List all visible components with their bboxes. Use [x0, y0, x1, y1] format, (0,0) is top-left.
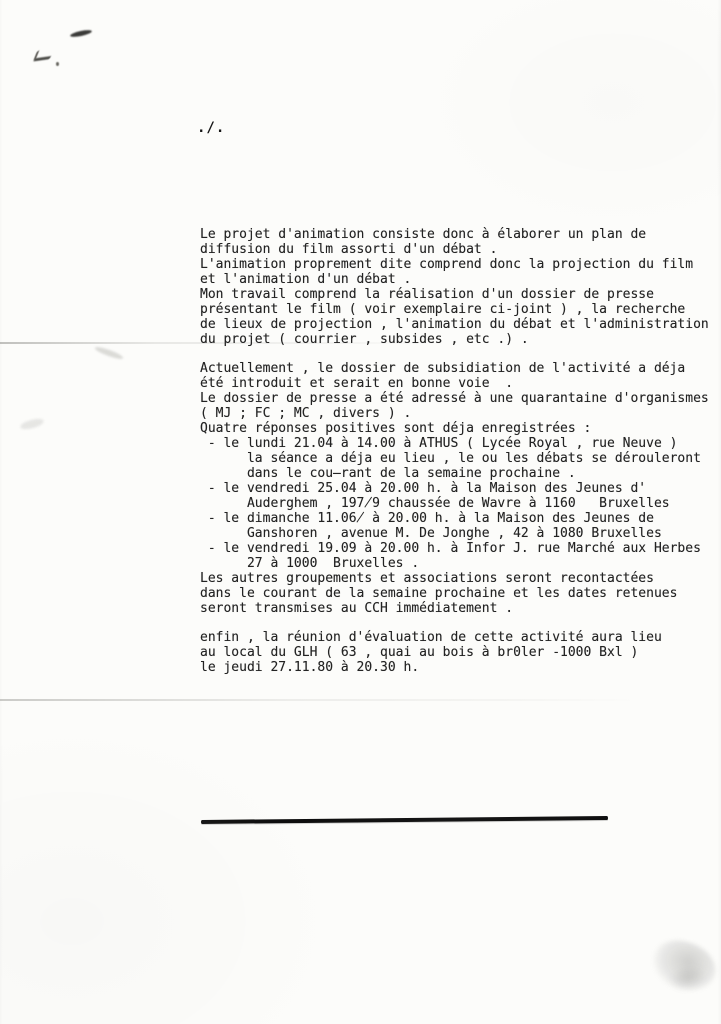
- text-line: au local du GLH ( 63 , quai au bois à br…: [200, 645, 715, 660]
- continuation-mark: ./.: [197, 120, 225, 136]
- text-line: diffusion du film assorti d'un débat .: [200, 242, 715, 257]
- text-line: le jeudi 27.11.80 à 20.30 h.: [200, 660, 715, 675]
- text-line: seront transmises au CCH immédiatement .: [200, 601, 715, 616]
- letter-body: Le projet d'animation consiste donc à él…: [200, 227, 715, 689]
- text-line: Les autres groupements et associations s…: [200, 571, 715, 586]
- list-item-line: 27 à 1000 Bruxelles .: [200, 556, 715, 571]
- list-item-line: - le lundi 21.04 à 14.00 à ATHUS ( Lycée…: [200, 436, 715, 451]
- list-item-line: Ganshoren , avenue M. De Jonghe , 42 à 1…: [200, 526, 715, 541]
- text-line: Mon travail comprend la réalisation d'un…: [200, 287, 715, 302]
- text-line: Actuellement , le dossier de subsidiatio…: [200, 361, 715, 376]
- list-item-line: - le vendredi 19.09 à 20.00 h. à Infor J…: [200, 541, 715, 556]
- text-line: du projet ( courrier , subsides , etc .)…: [200, 332, 715, 347]
- list-item-line: Auderghem , 197̸9 chaussée de Wavre à 11…: [200, 496, 715, 511]
- text-line: dans le courant de la semaine prochaine …: [200, 586, 715, 601]
- text-line: de lieux de projection , l'animation du …: [200, 317, 715, 332]
- text-line: ( MJ ; FC ; MC , divers ) .: [200, 406, 715, 421]
- text-line: et l'animation d'un débat .: [200, 272, 715, 287]
- list-item-line: - le dimanche 11.06̸ à 20.00 h. à la Mai…: [200, 511, 715, 526]
- text-line: L'animation proprement dite comprend don…: [200, 257, 715, 272]
- list-item-line: dans le cou̶rant de la semaine prochaine…: [200, 466, 715, 481]
- list-item-line: - le vendredi 25.04 à 20.00 h. à la Mais…: [200, 481, 715, 496]
- text-line: Le dossier de presse a été adressé à une…: [200, 391, 715, 406]
- paragraph: Le projet d'animation consiste donc à él…: [200, 227, 715, 347]
- paragraph: enfin , la réunion d'évaluation de cette…: [200, 630, 715, 675]
- text-line: enfin , la réunion d'évaluation de cette…: [200, 630, 715, 645]
- text-line: Le projet d'animation consiste donc à él…: [200, 227, 715, 242]
- paragraph: Actuellement , le dossier de subsidiatio…: [200, 361, 715, 616]
- text-line: présentant le film ( voir exemplaire ci-…: [200, 302, 715, 317]
- list-item-line: la séance a déja eu lieu , le ou les déb…: [200, 451, 715, 466]
- text-line: été introduit et serait en bonne voie .: [200, 376, 715, 391]
- text-line: Quatre réponses positives sont déja enre…: [200, 421, 715, 436]
